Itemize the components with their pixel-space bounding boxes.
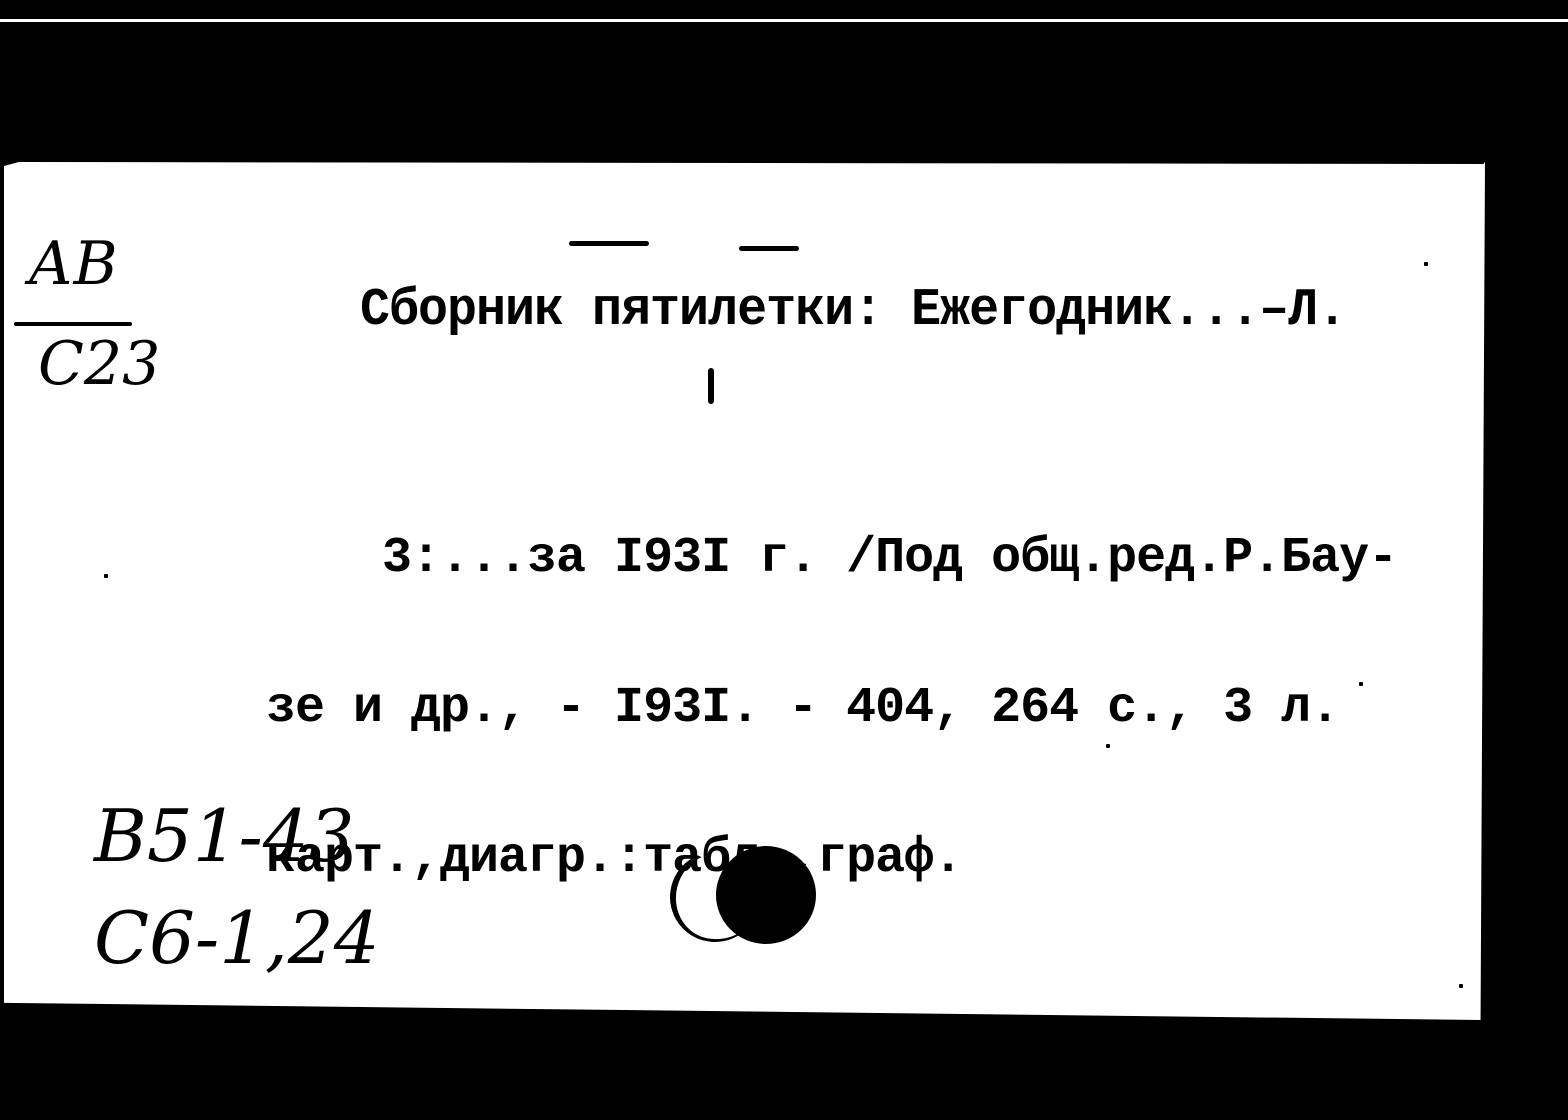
decorative-dash <box>739 246 799 251</box>
speck <box>1309 308 1313 312</box>
decorative-dash <box>569 241 649 246</box>
shelf-mark-divider <box>14 322 132 326</box>
description-line: карт.,диагр.:табл.,граф. <box>266 834 1397 884</box>
punch-hole <box>716 846 816 944</box>
inventory-number: С6-1,24 <box>94 902 380 974</box>
speck <box>1424 262 1428 266</box>
speck <box>104 574 108 578</box>
ink-mark <box>708 368 714 404</box>
card-title: Сборник пятилетки: Ежегодник...–Л. <box>360 282 1346 341</box>
speck <box>1459 984 1463 988</box>
speck <box>1106 744 1110 748</box>
inventory-number: В51-43 <box>94 800 354 872</box>
description-line: 3:...за I93I г. /Под общ.ред.Р.Бау- <box>266 534 1397 584</box>
scan-edge-line <box>0 19 1568 22</box>
bibliographic-description: 3:...за I93I г. /Под общ.ред.Р.Бау- зе и… <box>266 434 1397 984</box>
shelf-mark-bottom: С23 <box>38 334 160 394</box>
catalog-card: АВ С23 Сборник пятилетки: Ежегодник...–Л… <box>4 162 1485 1020</box>
shelf-mark-top: АВ <box>28 234 118 294</box>
speck <box>1359 682 1363 686</box>
description-line: зе и др., - I93I. - 404, 264 с., 3 л. <box>266 684 1397 734</box>
